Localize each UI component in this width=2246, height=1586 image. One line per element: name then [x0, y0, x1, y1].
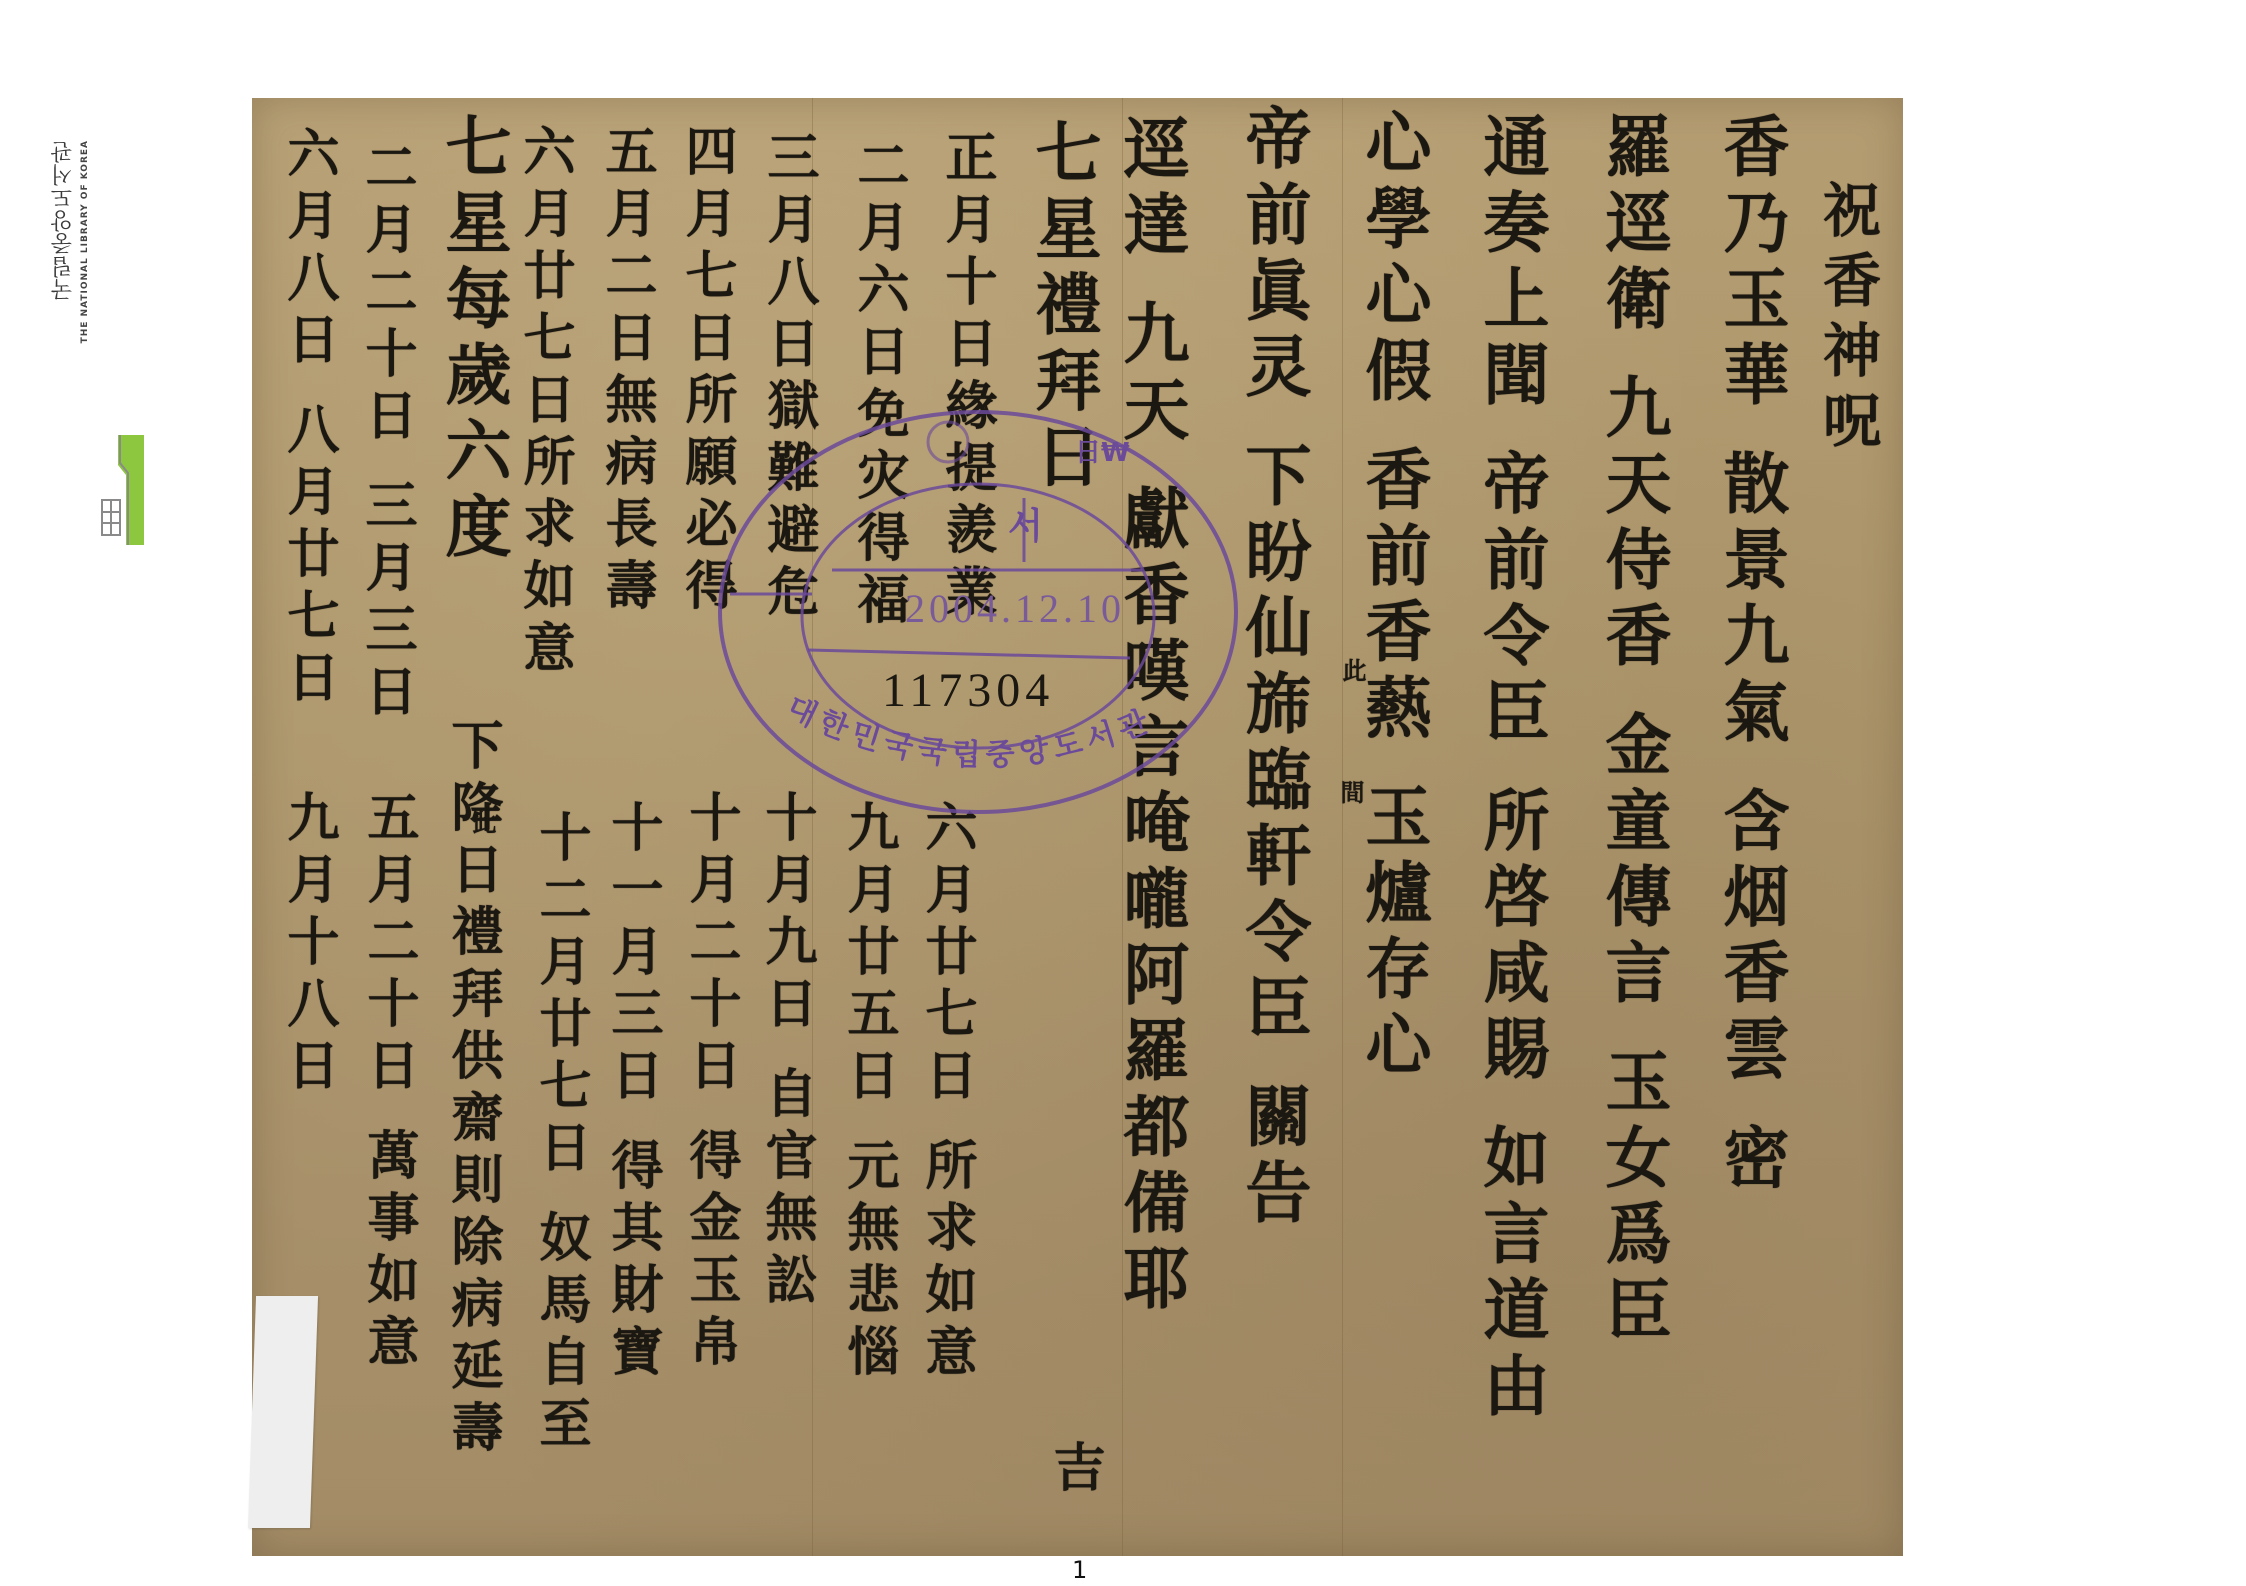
worship-day-column: 六月廿七日所求如意 — [518, 124, 570, 682]
date-column: 十一月三日 得其財寶 — [606, 800, 658, 1386]
svg-text:대한민국국립중앙도서관: 대한민국국립중앙도서관 — [781, 690, 1158, 774]
margin-note: 此 — [1340, 658, 1364, 682]
date-column: 九月十八日 — [282, 790, 334, 1100]
title-column: 祝香神呪 — [1818, 180, 1876, 460]
text-column: 香乃玉華 散景九氣 含烟香雲 密 — [1718, 112, 1784, 1199]
library-name-korean: 국립중앙도서관 — [52, 140, 76, 301]
stamp-date: 2004.12.10 — [905, 585, 1125, 632]
worship-day-column: 五月二日無病長壽 — [600, 124, 652, 620]
paper-repair-patch — [248, 1296, 318, 1528]
date-column: 九月廿五日 元無悲惱 — [842, 800, 894, 1386]
date-column: 六月廿七日 所求如意 — [920, 800, 972, 1386]
date-column: 十月九日 自官無訟 — [760, 790, 812, 1314]
library-building-icon — [100, 435, 150, 545]
text-column: 羅逕衛 九天侍香 金童傳言 玉女爲臣 — [1600, 112, 1666, 1351]
stamp-arc-text: 대한민국국립중앙도서관 — [740, 680, 1220, 820]
paper-fold-line — [1342, 98, 1343, 1556]
text-column: 帝前眞灵 下盼仙旆臨軒令臣 關告 — [1240, 104, 1306, 1234]
library-name-english: THE NATIONAL LIBRARY OF KOREA — [80, 140, 90, 343]
section-heading: 七星每歲六度 — [440, 112, 506, 568]
date-column: 六月八日 八月廿七日 — [282, 126, 334, 712]
text-column: 心學心假 香前香爇 玉爐存心 — [1360, 108, 1426, 1086]
stamp-seo-label: 서 — [1008, 498, 1043, 549]
date-column: 五月二十日 萬事如意 — [362, 790, 414, 1376]
date-column: 十二月廿七日 奴馬自至 — [534, 810, 586, 1458]
text-column: 吉 — [1048, 1440, 1100, 1502]
page-number: 1 — [1072, 1556, 1087, 1584]
date-column: 二月二十日 三月三日 — [360, 140, 412, 726]
margin-note: 間 — [1338, 780, 1362, 804]
date-column: 十月二十日 得金玉帛 — [684, 790, 736, 1376]
text-column: 通奏上聞 帝前令臣 所啓咸賜 如言道由 — [1478, 112, 1544, 1427]
stamp-top-label: 日₩ — [1075, 432, 1130, 469]
margin-note: 此 — [470, 810, 494, 834]
